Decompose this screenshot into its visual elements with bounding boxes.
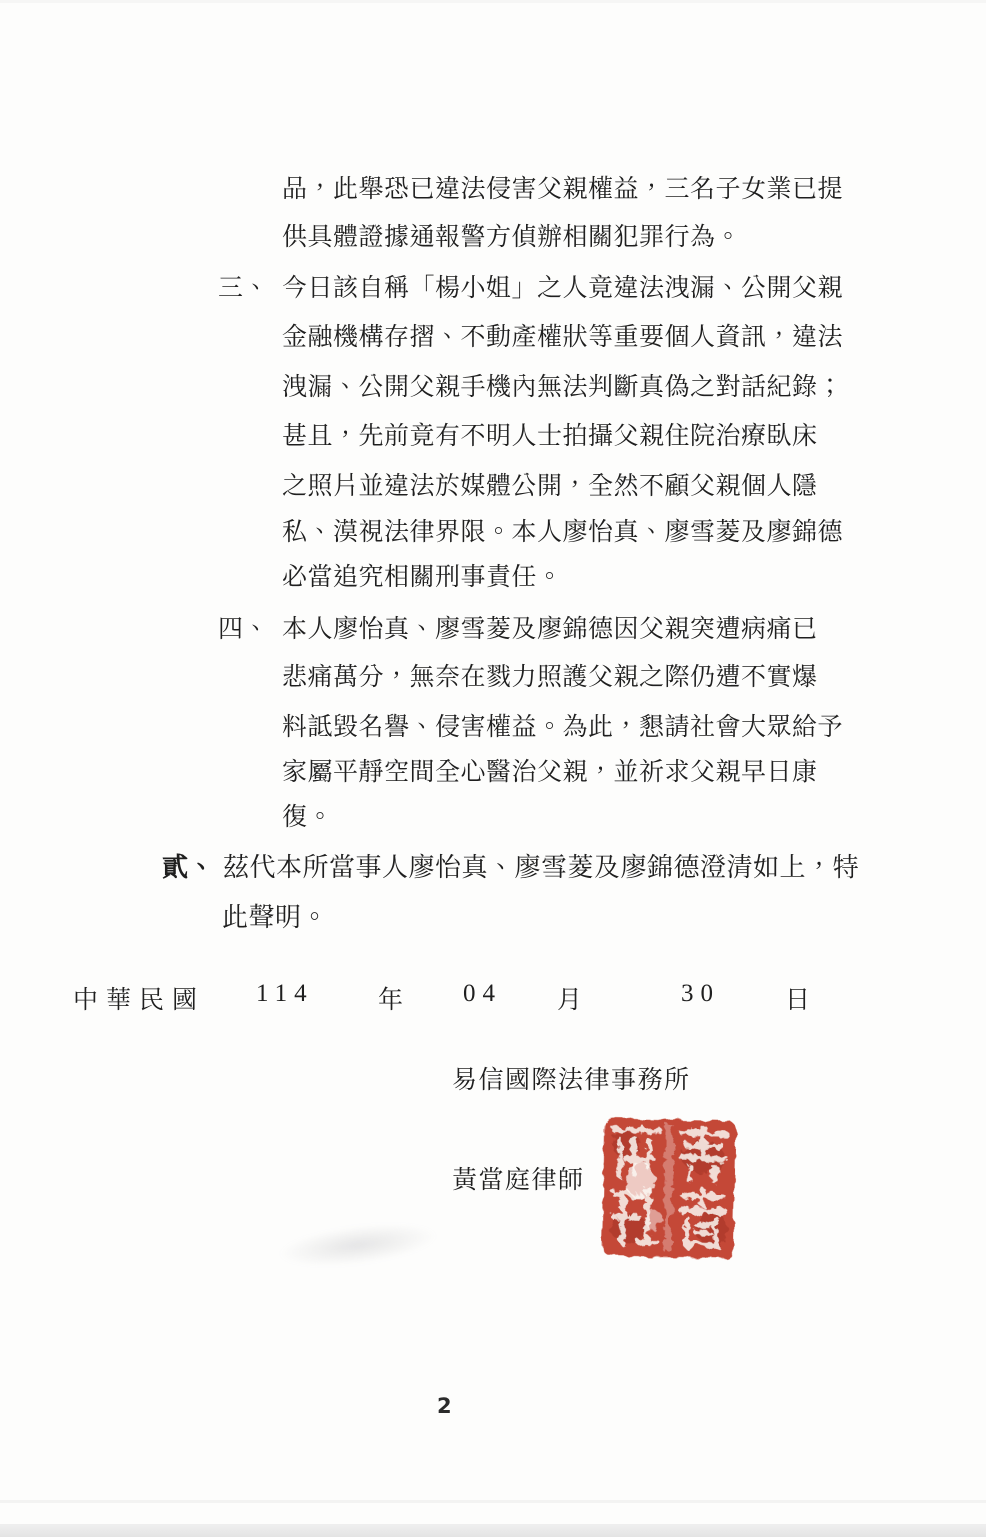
page-number: 2 bbox=[437, 1394, 452, 1418]
section-marker: 四、 bbox=[218, 613, 282, 647]
red-seal-stamp bbox=[596, 1113, 741, 1264]
law-firm-name: 易信國際法律事務所 bbox=[452, 1060, 691, 1096]
doc-line: 洩漏、公開父親手機內無法判斷真偽之對話紀錄； bbox=[282, 371, 843, 405]
doc-line: 復。 bbox=[282, 801, 333, 835]
doc-line: 必當追究相關刑事責任。 bbox=[282, 561, 563, 595]
scan-artifact-line bbox=[0, 1500, 986, 1503]
date-year-unit: 年 bbox=[378, 980, 403, 1016]
scanned-document-page: 品，此舉恐已違法侵害父親權益，三名子女業已提 供具體證據通報警方偵辦相關犯罪行為… bbox=[0, 0, 986, 1537]
doc-line: 甚且，先前竟有不明人士拍攝父親住院治療臥床 bbox=[282, 420, 818, 454]
doc-line: 三、今日該自稱「楊小姐」之人竟違法洩漏、公開父親 bbox=[218, 272, 843, 306]
date-day-unit: 日 bbox=[785, 980, 810, 1016]
doc-line: 家屬平靜空間全心醫治父親，並祈求父親早日康 bbox=[282, 756, 818, 790]
doc-line-text: 茲代本所當事人廖怡真、廖雪菱及廖錦德澄清如上，特 bbox=[223, 853, 859, 882]
doc-line: 金融機構存摺、不動產權狀等重要個人資訊，違法 bbox=[282, 321, 843, 355]
doc-line-text: 本人廖怡真、廖雪菱及廖錦德因父親突遭病痛已 bbox=[282, 616, 818, 643]
date-month-unit: 月 bbox=[557, 980, 582, 1016]
doc-line: 四、本人廖怡真、廖雪菱及廖錦德因父親突遭病痛已 bbox=[218, 613, 818, 647]
date-era: 中華民國 bbox=[73, 980, 205, 1016]
lawyer-name: 黃當庭律師 bbox=[452, 1160, 585, 1196]
doc-line: 貳、茲代本所當事人廖怡真、廖雪菱及廖錦德澄清如上，特 bbox=[162, 851, 859, 885]
doc-line-text: 今日該自稱「楊小姐」之人竟違法洩漏、公開父親 bbox=[282, 275, 843, 302]
scan-artifact-bottom bbox=[0, 1524, 986, 1537]
date-year-value: 114 bbox=[256, 980, 314, 1008]
doc-line: 私、漠視法律界限。本人廖怡真、廖雪菱及廖錦德 bbox=[282, 516, 843, 550]
doc-line: 料詆毀名譽、侵害權益。為此，懇請社會大眾給予 bbox=[282, 711, 843, 745]
date-day-value: 30 bbox=[681, 980, 720, 1008]
doc-line: 悲痛萬分，無奈在戮力照護父親之際仍遭不實爆 bbox=[282, 661, 818, 695]
doc-line: 供具體證據通報警方偵辦相關犯罪行為。 bbox=[282, 221, 741, 255]
section-marker: 三、 bbox=[218, 272, 282, 306]
scan-smudge bbox=[276, 1216, 439, 1273]
scan-artifact-top bbox=[0, 0, 986, 3]
date-month-value: 04 bbox=[463, 980, 502, 1008]
doc-line: 之照片並違法於媒體公開，全然不顧父親個人隱 bbox=[282, 470, 818, 504]
date-line: 中華民國 114 年 04 月 30 日 bbox=[0, 980, 986, 1016]
doc-line: 此聲明。 bbox=[222, 901, 328, 935]
section-marker-bold: 貳、 bbox=[162, 853, 215, 882]
doc-line: 品，此舉恐已違法侵害父親權益，三名子女業已提 bbox=[282, 173, 843, 207]
